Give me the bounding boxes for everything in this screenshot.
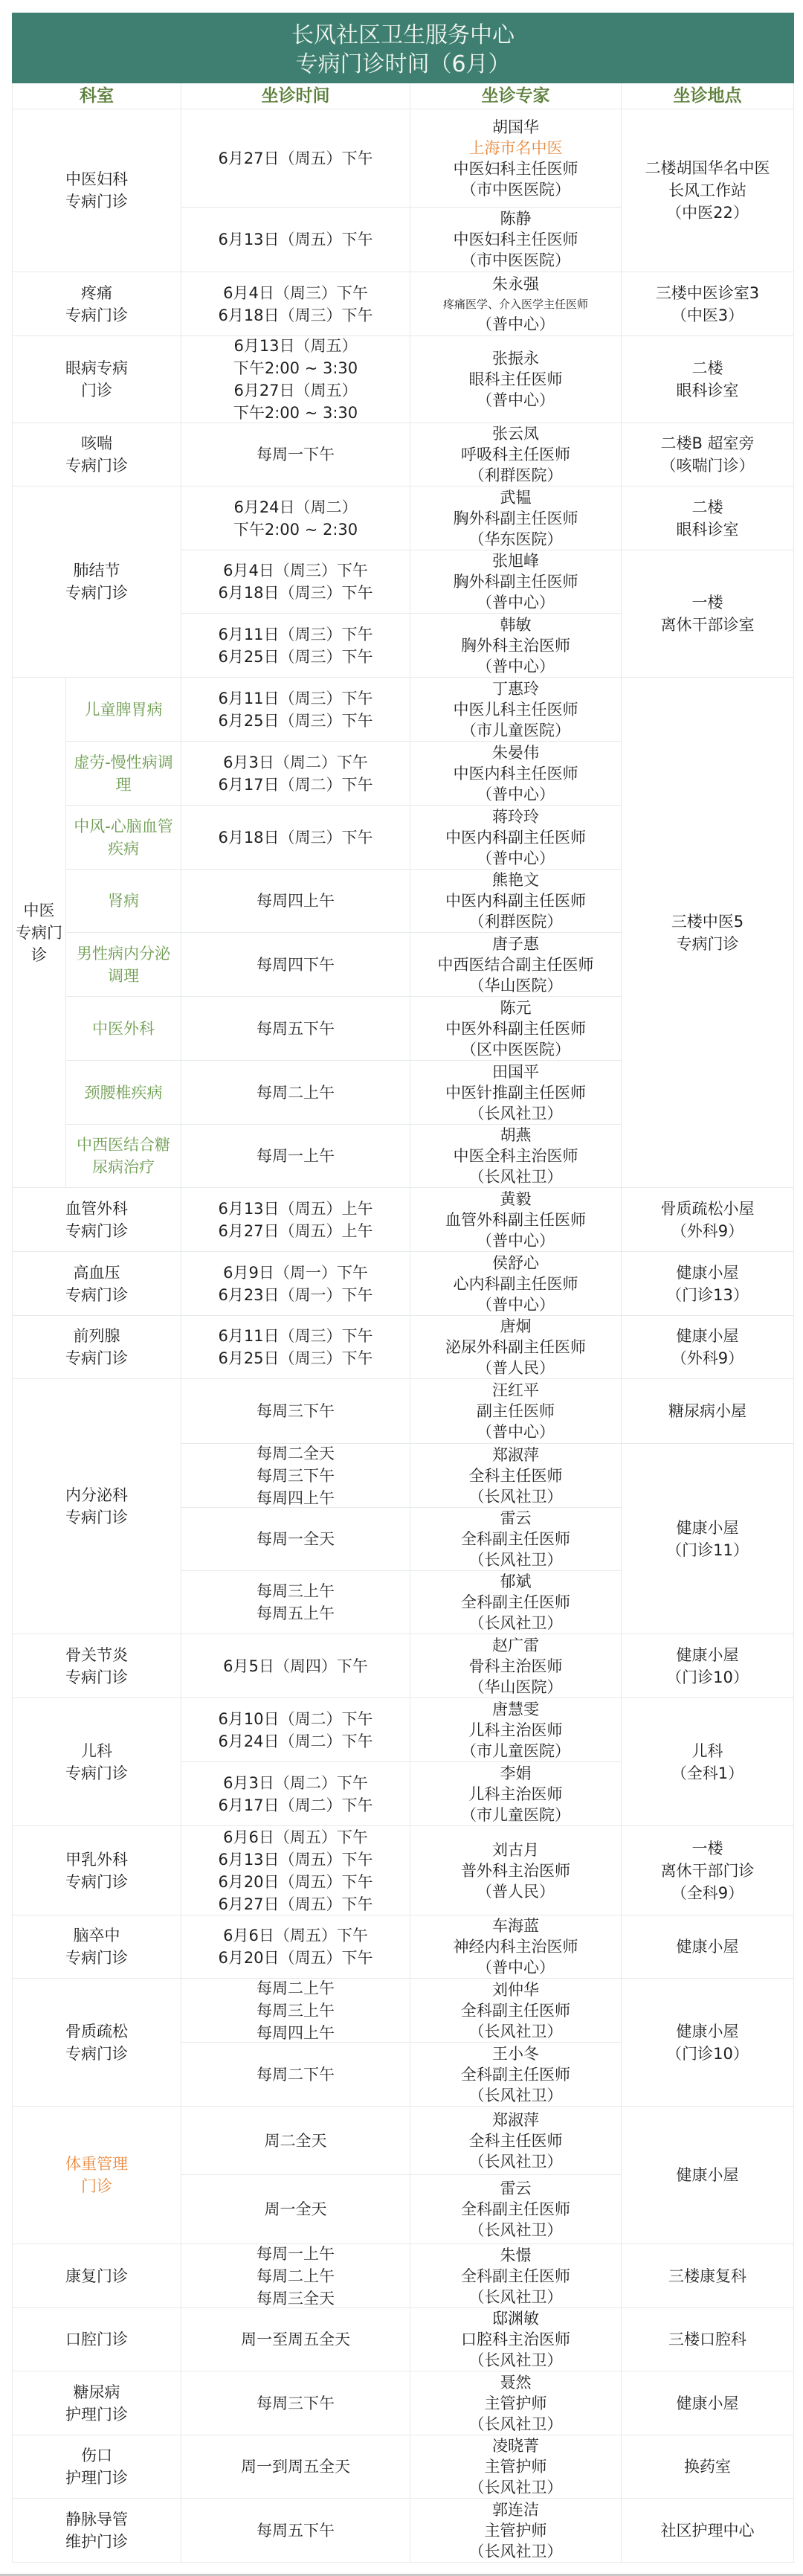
expert-title: 胸外科主治医师 bbox=[461, 635, 570, 656]
expert-name: 胡燕 bbox=[500, 1125, 532, 1146]
expert-title: 胸外科副主任医师 bbox=[454, 508, 578, 529]
location-cell: 糖尿病小屋 bbox=[622, 1379, 794, 1444]
clinic-time-cell: 每周三上午每周五上午 bbox=[181, 1571, 410, 1634]
expert-title: 全科副主任医师 bbox=[461, 2064, 570, 2085]
expert-name: 朱晏伟 bbox=[492, 742, 539, 763]
location-cell: 三楼中医5专病门诊 bbox=[622, 678, 794, 1188]
expert-cell: 朱憬全科副主任医师（长风社卫） bbox=[410, 2244, 622, 2308]
expert-title: 眼科主任医师 bbox=[469, 369, 563, 390]
clinic-time-text: 6月4日（周三）下午 bbox=[223, 559, 368, 582]
clinic-time-cell: 每周二上午每周三上午每周四上午 bbox=[181, 1979, 410, 2043]
expert-cell: 郁斌全科副主任医师（长风社卫） bbox=[410, 1571, 622, 1634]
expert-cell: 朱晏伟中医内科主任医师（普中心） bbox=[410, 742, 622, 806]
expert-name: 刘古月 bbox=[492, 1840, 539, 1860]
location-cell: 健康小屋（门诊13） bbox=[622, 1252, 794, 1316]
clinic-time-cell: 6月3日（周二）下午6月17日（周二）下午 bbox=[181, 742, 410, 806]
expert-name: 雷云 bbox=[500, 2178, 532, 2199]
expert-cell: 唐炯泌尿外科副主任医师（普人民） bbox=[410, 1316, 622, 1379]
sub-department-name: 男性病内分泌 bbox=[77, 942, 170, 965]
clinic-time-cell: 周二全天 bbox=[181, 2107, 410, 2175]
expert-name: 朱永强 bbox=[492, 274, 539, 295]
clinic-time-text: 每周二全天 bbox=[257, 1444, 335, 1465]
clinic-time-text: 每周四上午 bbox=[257, 890, 335, 912]
expert-name: 郁斌 bbox=[500, 1571, 532, 1592]
clinic-time-text: 6月3日（周二）下午 bbox=[223, 751, 368, 774]
location-text: 一楼 bbox=[692, 591, 723, 614]
expert-name: 李娟 bbox=[500, 1763, 532, 1784]
expert-cell: 赵广雷骨科主治医师（华山医院） bbox=[410, 1634, 622, 1698]
clinic-time-cell: 每周二全天每周三下午每周四上午 bbox=[181, 1444, 410, 1508]
expert-cell: 车海蓝神经内科主治医师（普中心） bbox=[410, 1915, 622, 1979]
clinic-time-text: 6月13日（周五）下午 bbox=[218, 228, 373, 251]
expert-name: 聂然 bbox=[500, 2372, 532, 2393]
department-name: 门诊 bbox=[81, 2175, 112, 2197]
expert-name: 张旭峰 bbox=[492, 550, 539, 571]
expert-name: 张振永 bbox=[492, 348, 539, 369]
department-name: 专病门诊 bbox=[65, 2043, 128, 2065]
department-name: 康复门诊 bbox=[65, 2265, 128, 2287]
location-cell: 二楼眼科诊室 bbox=[622, 486, 794, 550]
department-name: 维护门诊 bbox=[65, 2531, 128, 2553]
department-name: 糖尿病 bbox=[74, 2381, 120, 2403]
clinic-time-cell: 6月11日（周三）下午6月25日（周三）下午 bbox=[181, 614, 410, 678]
clinic-time-text: 6月20日（周五）下午 bbox=[218, 1871, 373, 1893]
location-text: （门诊13） bbox=[666, 1284, 749, 1306]
clinic-time-text: 每周三下午 bbox=[257, 1465, 335, 1487]
expert-hospital: （普中心） bbox=[477, 592, 555, 613]
sub-department-cell: 儿童脾胃病 bbox=[66, 678, 181, 742]
department-name: 专病门诊 bbox=[65, 1666, 128, 1689]
expert-title: 泌尿外科副主任医师 bbox=[445, 1337, 586, 1358]
expert-cell: 武韫胸外科副主任医师（华东医院） bbox=[410, 486, 622, 550]
expert-name: 雷云 bbox=[500, 1508, 532, 1529]
department-cell: 肺结节专病门诊 bbox=[12, 486, 181, 678]
clinic-time-text: 6月25日（周三）下午 bbox=[218, 646, 373, 668]
sub-department-name: 中西医结合糖 bbox=[77, 1134, 170, 1156]
expert-cell: 刘仲华全科副主任医师（长风社卫） bbox=[410, 1979, 622, 2043]
expert-title: 中医儿科主任医师 bbox=[454, 699, 578, 720]
location-text: 眼科诊室 bbox=[677, 518, 739, 541]
expert-title: 血管外科副主任医师 bbox=[445, 1210, 586, 1230]
expert-name: 田国平 bbox=[492, 1061, 539, 1082]
clinic-time-text: 每周四上午 bbox=[257, 2022, 335, 2043]
location-text: 健康小屋 bbox=[677, 1644, 739, 1666]
department-cell: 内分泌科专病门诊 bbox=[12, 1379, 181, 1634]
expert-hospital: （普中心） bbox=[477, 1422, 555, 1442]
clinic-time-text: 6月6日（周五）下午 bbox=[223, 1826, 368, 1849]
expert-cell: 陈静中医妇科主任医师（市中医医院） bbox=[410, 208, 622, 272]
location-text: 三楼口腔科 bbox=[668, 2328, 746, 2351]
expert-name: 侯舒心 bbox=[492, 1253, 539, 1273]
expert-title: 全科副主任医师 bbox=[461, 2000, 570, 2021]
expert-cell: 陈元中医外科副主任医师（区中医医院） bbox=[410, 997, 622, 1061]
expert-hospital: （长风社卫） bbox=[469, 1549, 563, 1570]
schedule-title-banner: 长风社区卫生服务中心 专病门诊时间（6月） bbox=[12, 13, 794, 83]
location-text: （门诊10） bbox=[666, 1666, 749, 1689]
clinic-time-text: 6月6日（周五）下午 bbox=[223, 1924, 368, 1947]
clinic-time-cell: 6月13日（周五）下午2:00 ~ 3:306月27日（周五）下午2:00 ~ … bbox=[181, 336, 410, 423]
department-name: 专病门诊 bbox=[65, 1220, 128, 1242]
department-name: 专病门诊 bbox=[65, 304, 128, 327]
clinic-time-cell: 周一全天 bbox=[181, 2175, 410, 2244]
location-cell: 二楼眼科诊室 bbox=[622, 336, 794, 423]
location-text: （中医22） bbox=[666, 202, 749, 224]
expert-hospital: （利群医院） bbox=[469, 465, 563, 486]
expert-cell: 丁惠玲中医儿科主任医师（市儿童医院） bbox=[410, 678, 622, 742]
location-text: 三楼中医诊室3 bbox=[656, 282, 759, 304]
sub-department-cell: 中西医结合糖尿病治疗 bbox=[66, 1125, 181, 1188]
expert-hospital: （普中心） bbox=[477, 1230, 555, 1251]
expert-hospital: （市中医医院） bbox=[461, 179, 570, 200]
location-text: 三楼中医5 bbox=[671, 910, 744, 933]
clinic-time-text: 每周四下午 bbox=[257, 954, 335, 976]
sub-department-cell: 中医外科 bbox=[66, 997, 181, 1061]
clinic-time-cell: 每周一全天 bbox=[181, 1508, 410, 1571]
location-cell: 健康小屋（门诊10） bbox=[622, 1979, 794, 2107]
department-name: 口腔门诊 bbox=[65, 2328, 128, 2351]
expert-title: 神经内科主治医师 bbox=[454, 1936, 578, 1957]
clinic-time-cell: 6月9日（周一）下午6月23日（周一）下午 bbox=[181, 1252, 410, 1316]
clinic-time-text: 6月13日（周五）上午 bbox=[218, 1198, 373, 1220]
expert-cell: 聂然主管护师（长风社卫） bbox=[410, 2371, 622, 2435]
sub-department-cell: 颈腰椎疾病 bbox=[66, 1061, 181, 1125]
expert-cell: 熊艳文中医内科副主任医师（利群医院） bbox=[410, 870, 622, 933]
sub-department-name: 儿童脾胃病 bbox=[85, 698, 163, 721]
clinic-time-cell: 6月11日（周三）下午6月25日（周三）下午 bbox=[181, 1316, 410, 1379]
column-header-label: 坐诊专家 bbox=[482, 85, 550, 107]
department-cell: 静脉导管维护门诊 bbox=[12, 2499, 181, 2563]
expert-cell: 黄毅血管外科副主任医师（普中心） bbox=[410, 1188, 622, 1252]
location-cell: 健康小屋 bbox=[622, 2107, 794, 2244]
department-name: 血管外科 bbox=[65, 1198, 128, 1220]
location-text: 健康小屋 bbox=[677, 2164, 739, 2186]
expert-hospital: （华东医院） bbox=[469, 529, 563, 550]
clinic-time-cell: 每周五下午 bbox=[181, 2499, 410, 2563]
clinic-time-cell: 6月24日（周二）下午2:00 ~ 2:30 bbox=[181, 486, 410, 550]
department-cell: 血管外科专病门诊 bbox=[12, 1188, 181, 1252]
expert-title: 中医妇科主任医师 bbox=[454, 229, 578, 250]
clinic-time-text: 每周一下午 bbox=[257, 443, 335, 466]
expert-name: 赵广雷 bbox=[492, 1635, 539, 1656]
department-name: 专病门诊 bbox=[65, 582, 128, 604]
location-text: （全科1） bbox=[671, 1762, 744, 1785]
expert-name: 陈元 bbox=[500, 998, 532, 1018]
clinic-time-cell: 周一到周五全天 bbox=[181, 2435, 410, 2499]
location-text: （门诊11） bbox=[666, 1539, 749, 1561]
expert-title: 全科主任医师 bbox=[469, 1465, 563, 1486]
clinic-time-text: 每周一全天 bbox=[257, 1528, 335, 1550]
expert-cell: 凌晓菁主管护师（长风社卫） bbox=[410, 2435, 622, 2499]
expert-name: 朱憬 bbox=[500, 2245, 532, 2266]
expert-cell: 侯舒心心内科副主任医师（普中心） bbox=[410, 1252, 622, 1316]
clinic-time-text: 6月27日（周五）上午 bbox=[218, 1220, 373, 1242]
clinic-time-text: 每周一上午 bbox=[257, 2244, 335, 2265]
department-name: 中医 bbox=[24, 899, 55, 922]
expert-hospital: （普中心） bbox=[477, 314, 555, 335]
expert-cell: 田国平中医针推副主任医师（长风社卫） bbox=[410, 1061, 622, 1125]
clinic-time-cell: 6月6日（周五）下午6月13日（周五）下午6月20日（周五）下午6月27日（周五… bbox=[181, 1826, 410, 1915]
clinic-time-text: 每周五下午 bbox=[257, 2519, 335, 2542]
expert-cell: 刘古月普外科主治医师（普人民） bbox=[410, 1826, 622, 1915]
expert-cell: 胡国华上海市名中医中医妇科主任医师（市中医医院） bbox=[410, 109, 622, 208]
department-name: 专病门诊 bbox=[65, 455, 128, 477]
clinic-time-text: 每周四上午 bbox=[257, 1487, 335, 1509]
expert-cell: 郑淑萍全科主任医师（长风社卫） bbox=[410, 2107, 622, 2175]
department-name: 体重管理 bbox=[65, 2153, 128, 2175]
clinic-time-text: 6月13日（周五） bbox=[233, 336, 357, 357]
location-text: 专病门诊 bbox=[677, 933, 739, 955]
location-cell: 健康小屋（门诊10） bbox=[622, 1634, 794, 1698]
location-text: 二楼B 超室旁 bbox=[660, 432, 754, 455]
column-header: 坐诊时间 bbox=[181, 83, 410, 109]
clinic-time-cell: 每周一上午每周二上午每周三全天 bbox=[181, 2244, 410, 2308]
expert-title: 全科副主任医师 bbox=[461, 1592, 570, 1613]
clinic-time-text: 6月25日（周三）下午 bbox=[218, 1347, 373, 1369]
expert-hospital: （长风社卫） bbox=[469, 1166, 563, 1187]
expert-title: 中西医结合副主任医师 bbox=[438, 954, 594, 975]
clinic-time-cell: 6月13日（周五）下午 bbox=[181, 208, 410, 272]
column-header: 坐诊地点 bbox=[622, 83, 794, 109]
expert-hospital: （长风社卫） bbox=[469, 2021, 563, 2042]
expert-cell: 王小冬全科副主任医师（长风社卫） bbox=[410, 2043, 622, 2107]
department-cell: 疼痛专病门诊 bbox=[12, 272, 181, 336]
clinic-time-cell: 每周二下午 bbox=[181, 2043, 410, 2107]
location-text: 健康小屋 bbox=[677, 2392, 739, 2415]
clinic-time-text: 6月13日（周五）下午 bbox=[218, 1849, 373, 1871]
expert-title: 儿科主治医师 bbox=[469, 1784, 563, 1805]
expert-hospital: （市儿童医院） bbox=[461, 1741, 570, 1761]
department-cell: 前列腺专病门诊 bbox=[12, 1316, 181, 1379]
clinic-time-text: 6月17日（周二）下午 bbox=[218, 774, 373, 796]
clinic-time-text: 下午2:00 ~ 3:30 bbox=[233, 402, 358, 423]
department-name: 静脉导管 bbox=[65, 2508, 128, 2531]
location-text: （咳喘门诊） bbox=[661, 455, 755, 477]
location-cell: 三楼康复科 bbox=[622, 2244, 794, 2308]
expert-name: 郭连洁 bbox=[492, 2499, 539, 2520]
expert-hospital: （华山医院） bbox=[469, 1677, 563, 1697]
department-name: 门诊 bbox=[81, 379, 112, 402]
department-cell: 脑卒中专病门诊 bbox=[12, 1915, 181, 1979]
expert-hospital: （市儿童医院） bbox=[461, 1805, 570, 1825]
sub-department-name: 疾病 bbox=[108, 838, 139, 860]
expert-title: 中医妇科主任医师 bbox=[454, 158, 578, 179]
sub-department-name: 虚劳-慢性病调 bbox=[74, 751, 173, 774]
location-cell: 一楼离休干部诊室 bbox=[622, 550, 794, 678]
department-name: 护理门诊 bbox=[65, 2467, 128, 2489]
expert-title: 副主任医师 bbox=[477, 1401, 555, 1422]
clinic-time-cell: 每周一下午 bbox=[181, 423, 410, 486]
expert-hospital: （普中心） bbox=[477, 848, 555, 869]
clinic-time-text: 6月27日（周五）下午 bbox=[218, 1893, 373, 1915]
location-cell: 社区护理中心 bbox=[622, 2499, 794, 2563]
expert-cell: 郭连洁主管护师（长风社卫） bbox=[410, 2499, 622, 2563]
clinic-time-text: 每周三上午 bbox=[257, 1580, 335, 1602]
department-name: 专病门 bbox=[16, 922, 62, 944]
location-text: 骨质疏松小屋 bbox=[661, 1198, 755, 1220]
expert-hospital: （普中心） bbox=[477, 1294, 555, 1315]
clinic-time-text: 6月25日（周三）下午 bbox=[218, 710, 373, 732]
clinic-time-cell: 6月4日（周三）下午6月18日（周三）下午 bbox=[181, 272, 410, 336]
clinic-time-text: 每周五上午 bbox=[257, 1602, 335, 1625]
expert-name: 唐炯 bbox=[500, 1316, 532, 1337]
department-cell: 中医专病门诊 bbox=[12, 678, 66, 1188]
clinic-time-cell: 每周一上午 bbox=[181, 1125, 410, 1188]
expert-title: 中医外科副主任医师 bbox=[445, 1018, 586, 1039]
expert-hospital: （长风社卫） bbox=[469, 1103, 563, 1124]
expert-honor-badge: 上海市名中医 bbox=[469, 138, 563, 158]
location-text: 一楼 bbox=[692, 1837, 723, 1860]
clinic-time-cell: 每周三下午 bbox=[181, 1379, 410, 1444]
expert-name: 车海蓝 bbox=[492, 1915, 539, 1936]
expert-hospital: （长风社卫） bbox=[469, 1486, 563, 1507]
clinic-time-text: 6月18日（周三）下午 bbox=[218, 304, 373, 327]
department-name: 骨关节炎 bbox=[65, 1644, 128, 1666]
expert-cell: 唐子惠中西医结合副主任医师（华山医院） bbox=[410, 933, 622, 997]
clinic-time-text: 6月11日（周三）下午 bbox=[218, 1325, 373, 1347]
expert-title: 主管护师 bbox=[485, 2393, 547, 2414]
location-cell: 健康小屋 bbox=[622, 2371, 794, 2435]
clinic-time-cell: 6月10日（周二）下午6月24日（周二）下午 bbox=[181, 1698, 410, 1762]
location-cell: 二楼胡国华名中医长风工作站（中医22） bbox=[622, 109, 794, 272]
expert-title: 中医针推副主任医师 bbox=[445, 1082, 586, 1103]
column-header: 坐诊专家 bbox=[410, 83, 622, 109]
clinic-time-text: 下午2:00 ~ 2:30 bbox=[233, 518, 358, 541]
department-name: 伤口 bbox=[81, 2444, 112, 2467]
expert-cell: 汪红平副主任医师（普中心） bbox=[410, 1379, 622, 1444]
clinic-time-text: 周一全天 bbox=[265, 2198, 327, 2220]
clinic-time-text: 6月24日（周二）下午 bbox=[218, 1730, 373, 1753]
clinic-time-text: 6月23日（周一）下午 bbox=[218, 1284, 373, 1306]
department-name: 眼病专病 bbox=[65, 357, 128, 379]
clinic-time-text: 6月17日（周二）下午 bbox=[218, 1794, 373, 1817]
expert-hospital: （长风社卫） bbox=[469, 2085, 563, 2106]
department-name: 专病门诊 bbox=[65, 1347, 128, 1369]
expert-title: 普外科主治医师 bbox=[461, 1860, 570, 1881]
expert-name: 蒋玲玲 bbox=[492, 806, 539, 827]
department-name: 骨质疏松 bbox=[65, 2020, 128, 2043]
location-text: （外科9） bbox=[671, 1347, 744, 1369]
department-name: 中医妇科 bbox=[65, 168, 128, 190]
location-text: （中医3） bbox=[671, 304, 744, 327]
clinic-time-text: 6月20日（周五）下午 bbox=[218, 1947, 373, 1969]
department-cell: 甲乳外科专病门诊 bbox=[12, 1826, 181, 1915]
clinic-time-cell: 6月5日（周四）下午 bbox=[181, 1634, 410, 1698]
clinic-time-cell: 每周五下午 bbox=[181, 997, 410, 1061]
expert-hospital: （长风社卫） bbox=[469, 2414, 563, 2435]
clinic-time-cell: 6月6日（周五）下午6月20日（周五）下午 bbox=[181, 1915, 410, 1979]
department-cell: 高血压专病门诊 bbox=[12, 1252, 181, 1316]
expert-hospital: （华山医院） bbox=[469, 975, 563, 996]
location-text: 换药室 bbox=[684, 2455, 731, 2478]
expert-cell: 唐慧雯儿科主治医师（市儿童医院） bbox=[410, 1698, 622, 1762]
department-cell: 康复门诊 bbox=[12, 2244, 181, 2308]
expert-name: 王小冬 bbox=[492, 2043, 539, 2064]
location-text: 健康小屋 bbox=[677, 1262, 739, 1284]
sub-department-name: 尿病治疗 bbox=[92, 1156, 155, 1178]
clinic-time-text: 周一到周五全天 bbox=[241, 2455, 350, 2478]
location-text: 儿科 bbox=[692, 1740, 723, 1762]
location-text: （全科9） bbox=[671, 1882, 744, 1904]
expert-title: 主管护师 bbox=[485, 2520, 547, 2541]
department-cell: 眼病专病门诊 bbox=[12, 336, 181, 423]
department-name: 专病门诊 bbox=[65, 1871, 128, 1893]
expert-title: 全科副主任医师 bbox=[461, 1529, 570, 1549]
column-header-label: 坐诊时间 bbox=[262, 85, 330, 107]
clinic-time-cell: 每周四下午 bbox=[181, 933, 410, 997]
department-name: 甲乳外科 bbox=[65, 1849, 128, 1871]
clinic-time-cell: 6月18日（周三）下午 bbox=[181, 806, 410, 870]
clinic-time-text: 每周一上午 bbox=[257, 1145, 335, 1167]
expert-title: 口腔科主治医师 bbox=[461, 2329, 570, 2350]
expert-title: 心内科副主任医师 bbox=[454, 1273, 578, 1294]
expert-cell: 邸渊敏口腔科主治医师（长风社卫） bbox=[410, 2308, 622, 2371]
location-text: 二楼 bbox=[692, 496, 723, 518]
expert-name: 陈静 bbox=[500, 208, 532, 229]
department-cell: 体重管理门诊 bbox=[12, 2107, 181, 2244]
center-name: 长风社区卫生服务中心 bbox=[12, 22, 794, 50]
location-text: 健康小屋 bbox=[677, 1517, 739, 1539]
expert-cell: 郑淑萍全科主任医师（长风社卫） bbox=[410, 1444, 622, 1508]
expert-name: 胡国华 bbox=[492, 117, 539, 138]
expert-title: 胸外科副主任医师 bbox=[454, 571, 578, 592]
expert-name: 汪红平 bbox=[492, 1380, 539, 1401]
clinic-time-cell: 6月27日（周五）下午 bbox=[181, 109, 410, 208]
location-cell: 换药室 bbox=[622, 2435, 794, 2499]
schedule-subtitle: 专病门诊时间（6月） bbox=[12, 51, 794, 79]
location-cell: 骨质疏松小屋（外科9） bbox=[622, 1188, 794, 1252]
expert-cell: 李娟儿科主治医师（市儿童医院） bbox=[410, 1762, 622, 1826]
location-text: 健康小屋 bbox=[677, 2020, 739, 2043]
location-text: （外科9） bbox=[671, 1220, 744, 1242]
clinic-time-text: 6月18日（周三）下午 bbox=[218, 826, 373, 849]
clinic-time-cell: 6月4日（周三）下午6月18日（周三）下午 bbox=[181, 550, 410, 614]
expert-hospital: （市儿童医院） bbox=[461, 720, 570, 741]
sub-department-cell: 肾病 bbox=[66, 870, 181, 933]
column-header: 科室 bbox=[12, 83, 181, 109]
clinic-time-text: 6月3日（周二）下午 bbox=[223, 1772, 368, 1794]
clinic-time-cell: 周一至周五全天 bbox=[181, 2308, 410, 2371]
sub-department-name: 中医外科 bbox=[92, 1018, 155, 1040]
expert-hospital: （普中心） bbox=[477, 656, 555, 677]
location-text: 二楼胡国华名中医 bbox=[645, 157, 770, 179]
clinic-time-text: 6月11日（周三）下午 bbox=[218, 687, 373, 710]
expert-hospital: （长风社卫） bbox=[469, 2287, 563, 2307]
clinic-time-text: 6月5日（周四）下午 bbox=[223, 1655, 368, 1677]
sub-department-name: 肾病 bbox=[108, 890, 139, 912]
department-cell: 骨关节炎专病门诊 bbox=[12, 1634, 181, 1698]
expert-hospital: （长风社卫） bbox=[469, 1613, 563, 1634]
department-cell: 糖尿病护理门诊 bbox=[12, 2371, 181, 2435]
expert-cell: 朱永强疼痛医学、介入医学主任医师（普中心） bbox=[410, 272, 622, 336]
expert-name: 丁惠玲 bbox=[492, 678, 539, 699]
expert-name: 郑淑萍 bbox=[492, 1445, 539, 1465]
expert-hospital: （长风社卫） bbox=[469, 2220, 563, 2241]
expert-hospital: （区中医医院） bbox=[461, 1039, 570, 1060]
expert-title: 中医全科主治医师 bbox=[454, 1146, 578, 1166]
expert-title: 中医内科主任医师 bbox=[454, 763, 578, 784]
clinic-time-text: 周二全天 bbox=[265, 2130, 327, 2152]
expert-name: 郑淑萍 bbox=[492, 2110, 539, 2130]
clinic-time-text: 每周二下午 bbox=[257, 2063, 335, 2086]
clinic-time-text: 6月9日（周一）下午 bbox=[223, 1262, 368, 1284]
location-text: （门诊10） bbox=[666, 2043, 749, 2065]
department-name: 脑卒中 bbox=[74, 1924, 120, 1947]
expert-cell: 张云凤呼吸科主任医师（利群医院） bbox=[410, 423, 622, 486]
expert-hospital: （长风社卫） bbox=[469, 2477, 563, 2498]
clinic-time-text: 6月10日（周二）下午 bbox=[218, 1708, 373, 1730]
expert-hospital: （长风社卫） bbox=[469, 2541, 563, 2562]
clinic-time-cell: 每周三下午 bbox=[181, 2371, 410, 2435]
